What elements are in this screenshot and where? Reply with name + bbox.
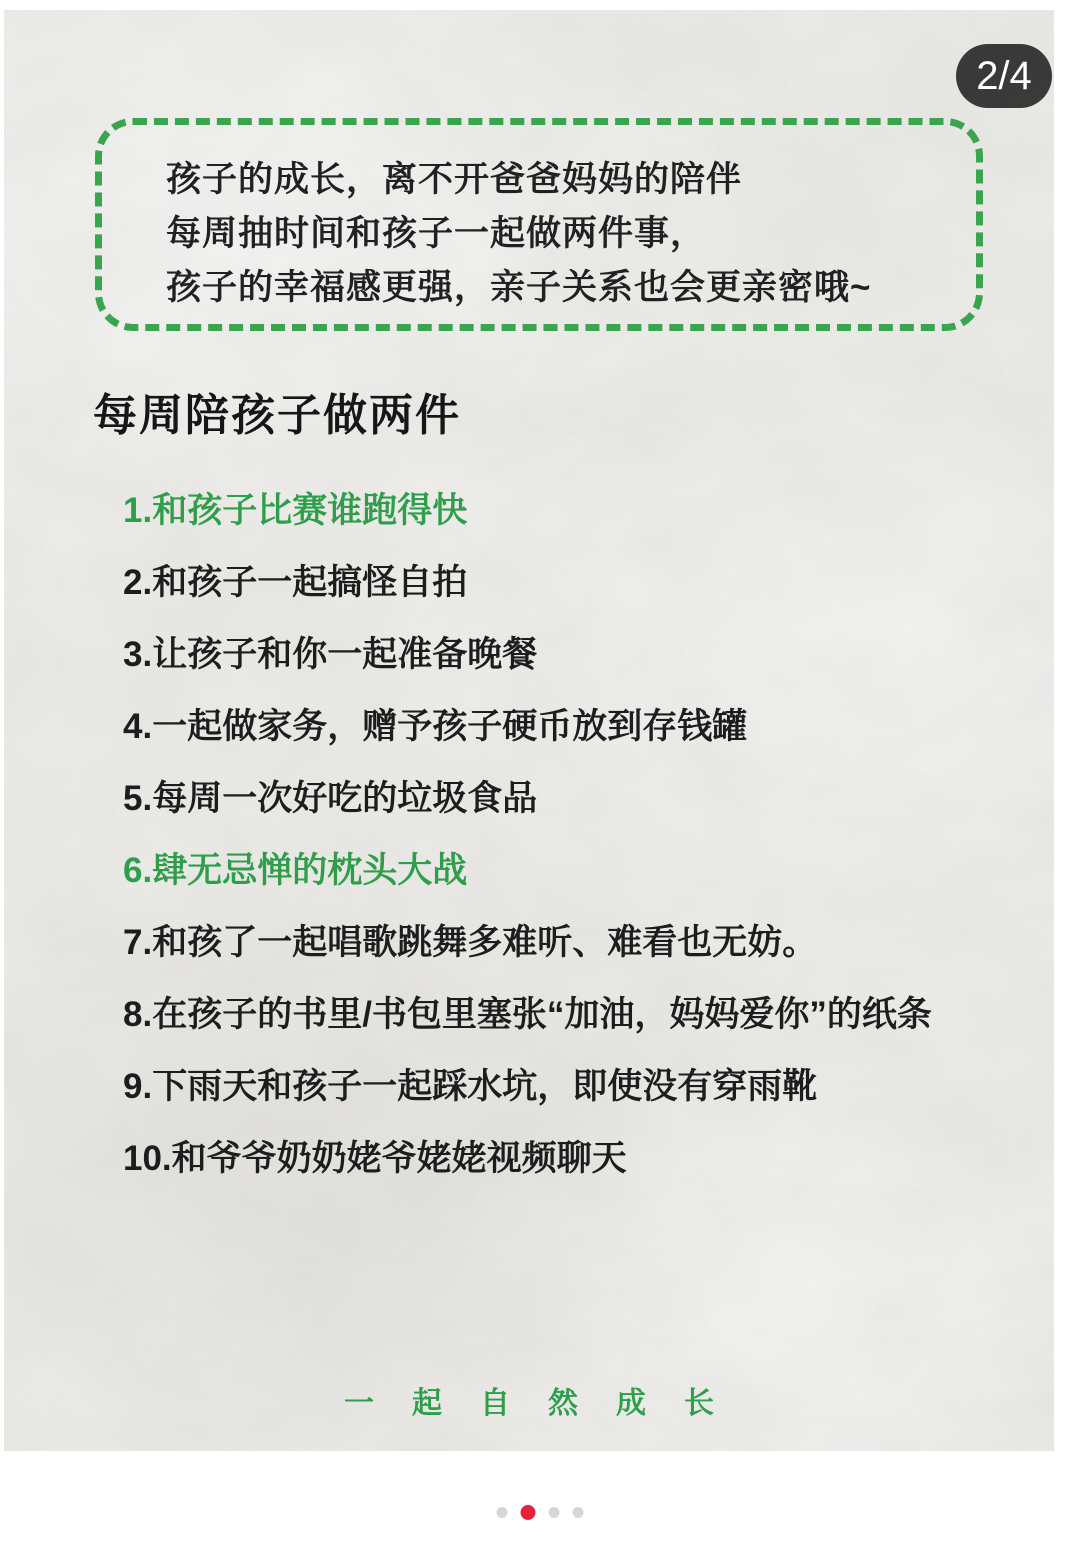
footer-slogan: 一起自然成长 [4, 1378, 1054, 1422]
poster-card: 孩子的成长，离不开爸爸妈妈的陪伴 每周抽时间和孩子一起做两件事， 孩子的幸福感更… [4, 10, 1054, 1451]
list-item-4: 4.一起做家务，赠予孩子硬币放到存钱罐 [123, 709, 1038, 745]
pagination-dot[interactable] [497, 1507, 508, 1518]
list-item-7: 7.和孩了一起唱歌跳舞多难听、难看也无妨。 [123, 925, 1038, 961]
pagination-dot[interactable] [549, 1507, 560, 1518]
list-item-6: 6.肆无忌惮的枕头大战 [123, 853, 1038, 889]
pagination-dot[interactable] [521, 1505, 536, 1520]
intro-line-3: 孩子的幸福感更强，亲子关系也会更亲密哦~ [166, 261, 946, 315]
list-item-8: 8.在孩子的书里/书包里塞张“加油，妈妈爱你”的纸条 [123, 997, 1038, 1033]
pagination-dot[interactable] [573, 1507, 584, 1518]
list-item-3: 3.让孩子和你一起准备晚餐 [123, 637, 1038, 673]
page-counter-badge: 2/4 [956, 44, 1052, 108]
list-item-10: 10.和爷爷奶奶姥爷姥姥视频聊天 [123, 1141, 1038, 1177]
list-item-9: 9.下雨天和孩子一起踩水坑，即使没有穿雨靴 [123, 1069, 1038, 1105]
intro-dashed-box: 孩子的成长，离不开爸爸妈妈的陪伴 每周抽时间和孩子一起做两件事， 孩子的幸福感更… [95, 118, 983, 331]
intro-line-1: 孩子的成长，离不开爸爸妈妈的陪伴 [166, 153, 946, 207]
carousel-pagination [497, 1505, 584, 1520]
intro-line-2: 每周抽时间和孩子一起做两件事， [166, 207, 946, 261]
section-heading: 每周陪孩子做两件 [93, 379, 461, 443]
list-item-2: 2.和孩子一起搞怪自拍 [123, 565, 1038, 601]
list-item-5: 5.每周一次好吃的垃圾食品 [123, 781, 1038, 817]
image-viewer-page: 孩子的成长，离不开爸爸妈妈的陪伴 每周抽时间和孩子一起做两件事， 孩子的幸福感更… [0, 0, 1080, 1559]
list-item-1: 1.和孩子比赛谁跑得快 [123, 493, 1038, 529]
activity-list: 1.和孩子比赛谁跑得快 2.和孩子一起搞怪自拍 3.让孩子和你一起准备晚餐 4.… [123, 493, 1038, 1213]
